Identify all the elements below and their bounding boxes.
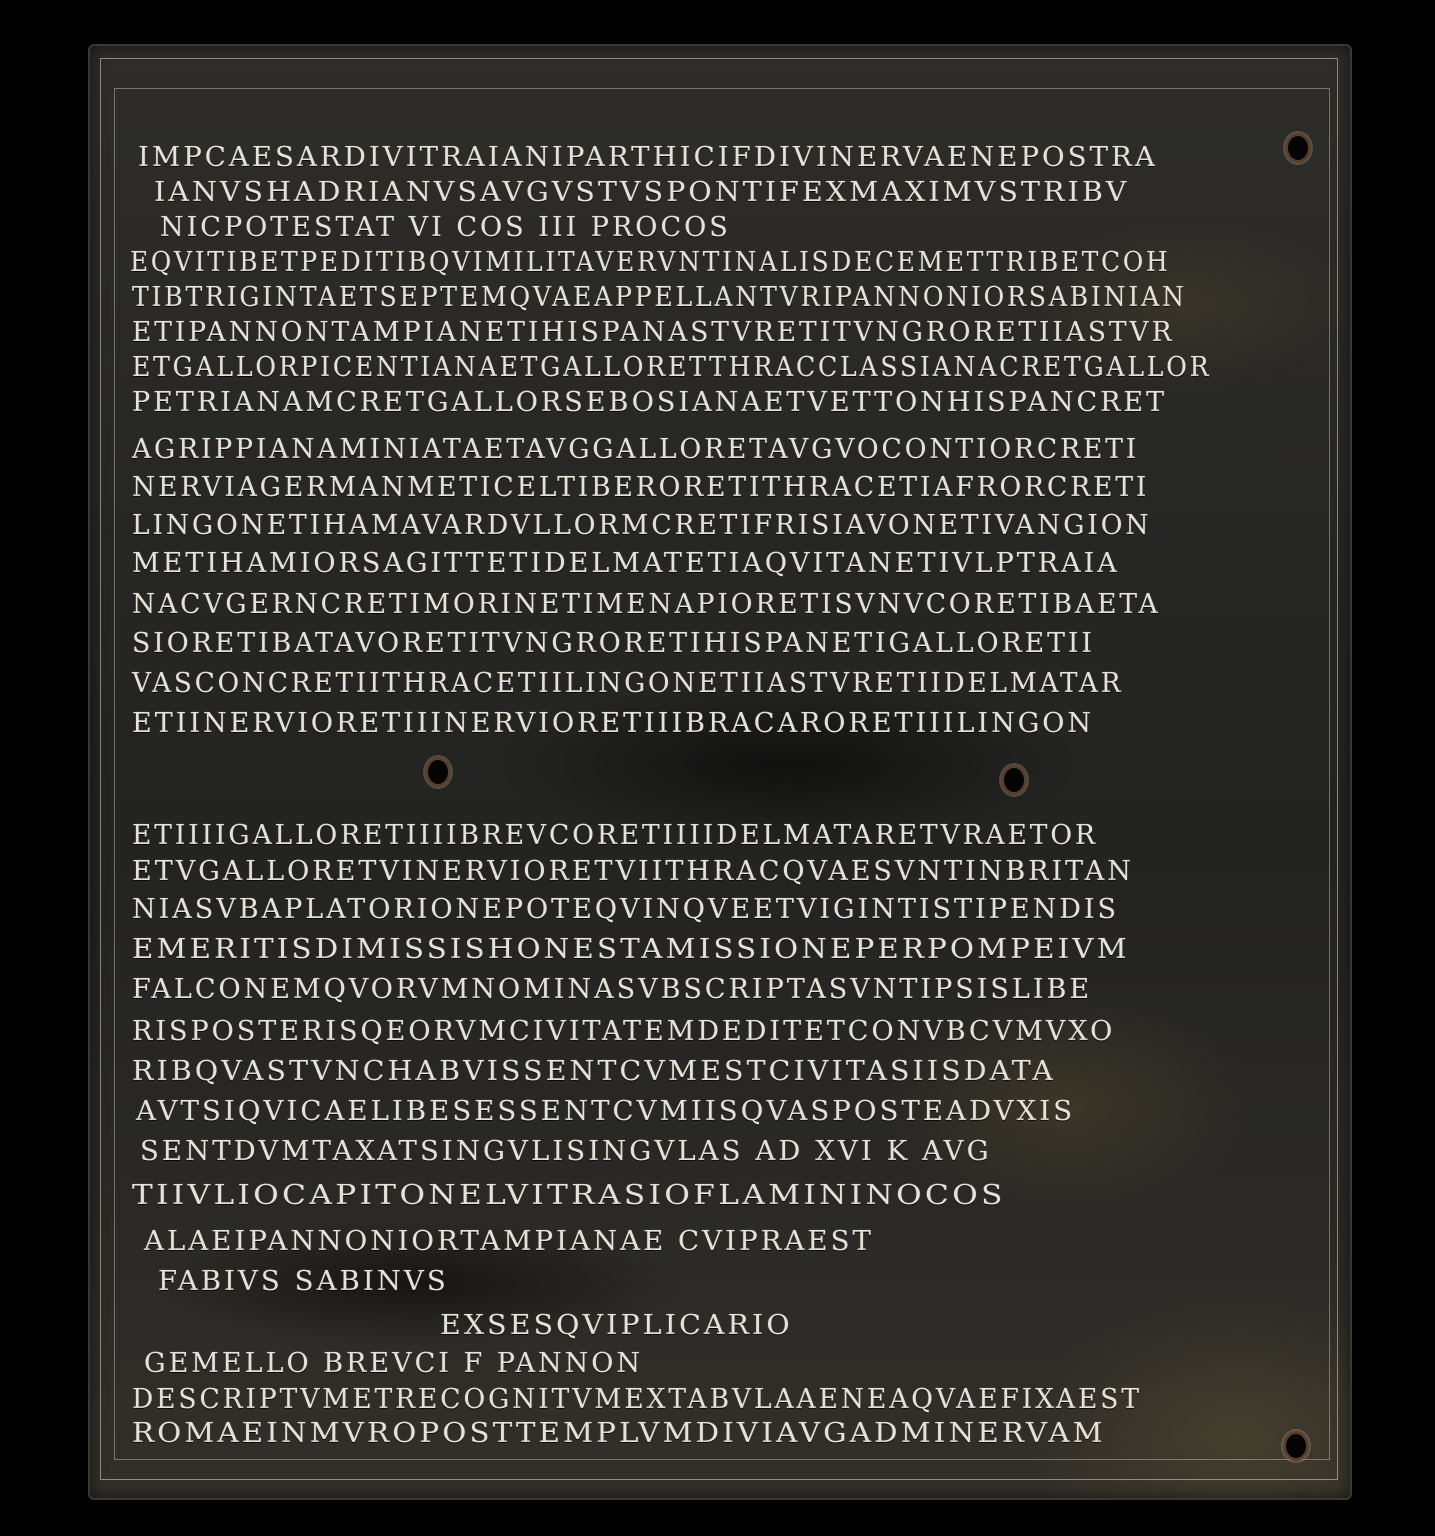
bronze-tablet: IMPCAESARDIVITRAIANIPARTHICIFDIVINERVAEN… [88,44,1352,1500]
inscription-line: ROMAEINMVROPOSTTEMPLVMDIVIAVGADMINERVAM [132,1418,1106,1449]
inscription-line: TIIVLIOCAPITONELVITRASIOFLAMININOCOS [132,1180,1006,1211]
inscription-line: RISPOSTERISQEORVMCIVITATEMDEDITETCONVBCV… [132,1016,1115,1047]
inscription-line: METIHAMIORSAGITTETIDELMATETIAQVITANETIVL… [132,548,1120,579]
inscription-line: EQVITIBETPEDITIBQVIMILITAVERVNTINALISDEC… [130,247,1170,278]
inscription-line: NICPOTESTAT VI COS III PROCOS [160,212,731,243]
inscription-line: AVTSIQVICAELIBESESSENTCVMIISQVASPOSTEADV… [136,1096,1075,1127]
inscription-line: IMPCAESARDIVITRAIANIPARTHICIFDIVINERVAEN… [138,142,1158,173]
inscription-line: ALAEIPANNONIORTAMPIANAE CVIPRAEST [144,1226,874,1257]
inscription: IMPCAESARDIVITRAIANIPARTHICIFDIVINERVAEN… [88,44,1352,1500]
inscription-line: FALCONEMQVORVMNOMINASVBSCRIPTASVNTIPSISL… [132,974,1092,1005]
inscription-line: NERVIAGERMANMETICELTIBERORETITHRACETIAFR… [132,472,1149,503]
inscription-line: LINGONETIHAMAVARDVLLORMCRETIFRISIAVONETI… [132,510,1151,541]
inscription-line: NACVGERNCRETIMORINETIMENAPIORETISVNVCORE… [132,589,1161,620]
inscription-line: AGRIPPIANAMINIATAETAVGGALLORETAVGVOCONTI… [132,434,1139,465]
inscription-line: EMERITISDIMISSISHONESTAMISSIONEPERPOMPEI… [132,934,1130,965]
inscription-line: ETGALLORPICENTIANAETGALLORETTHRACCLASSIA… [132,352,1211,383]
inscription-line: VASCONCRETIITHRACETIILINGONETIIASTVRETII… [132,668,1123,699]
inscription-line: EXSESQVIPLICARIO [440,1310,793,1341]
inscription-line: SENTDVMTAXATSINGVLISINGVLAS AD XVI K AVG [140,1136,992,1167]
inscription-line: RIBQVASTVNCHABVISSENTCVMESTCIVITASIISDAT… [132,1056,1056,1087]
inscription-line: ETVGALLORETVINERVIORETVIITHRACQVAESVNTIN… [132,856,1134,887]
inscription-line: ETIPANNONTAMPIANETIHISPANASTVRETITVNGROR… [132,317,1174,348]
inscription-line: FABIVS SABINVS [158,1266,449,1297]
inscription-line: SIORETIBATAVORETITVNGRORETIHISPANETIGALL… [132,628,1095,659]
inscription-line: PETRIANAMCRETGALLORSEBOSIANAETVETTONHISP… [132,387,1167,418]
inscription-line: NIASVBAPLATORIONEPOTEQVINQVEETVIGINTISTI… [132,894,1119,925]
inscription-line: ETIINERVIORETIIINERVIORETIIIBRACARORETII… [132,708,1094,739]
inscription-line: TIBTRIGINTAETSEPTEMQVAEAPPELLANTVRIPANNO… [132,282,1187,313]
inscription-line: IANVSHADRIANVSAVGVSTVSPONTIFEXMAXIMVSTRI… [154,177,1130,208]
inscription-line: GEMELLO BREVCI F PANNON [144,1348,643,1379]
inscription-line: ETIIIIGALLORETIIIIBREVCORETIIIIDELMATARE… [132,820,1098,851]
inscription-line: DESCRIPTVMETRECOGNITVMEXTABVLAAENEAQVAEF… [132,1384,1142,1415]
